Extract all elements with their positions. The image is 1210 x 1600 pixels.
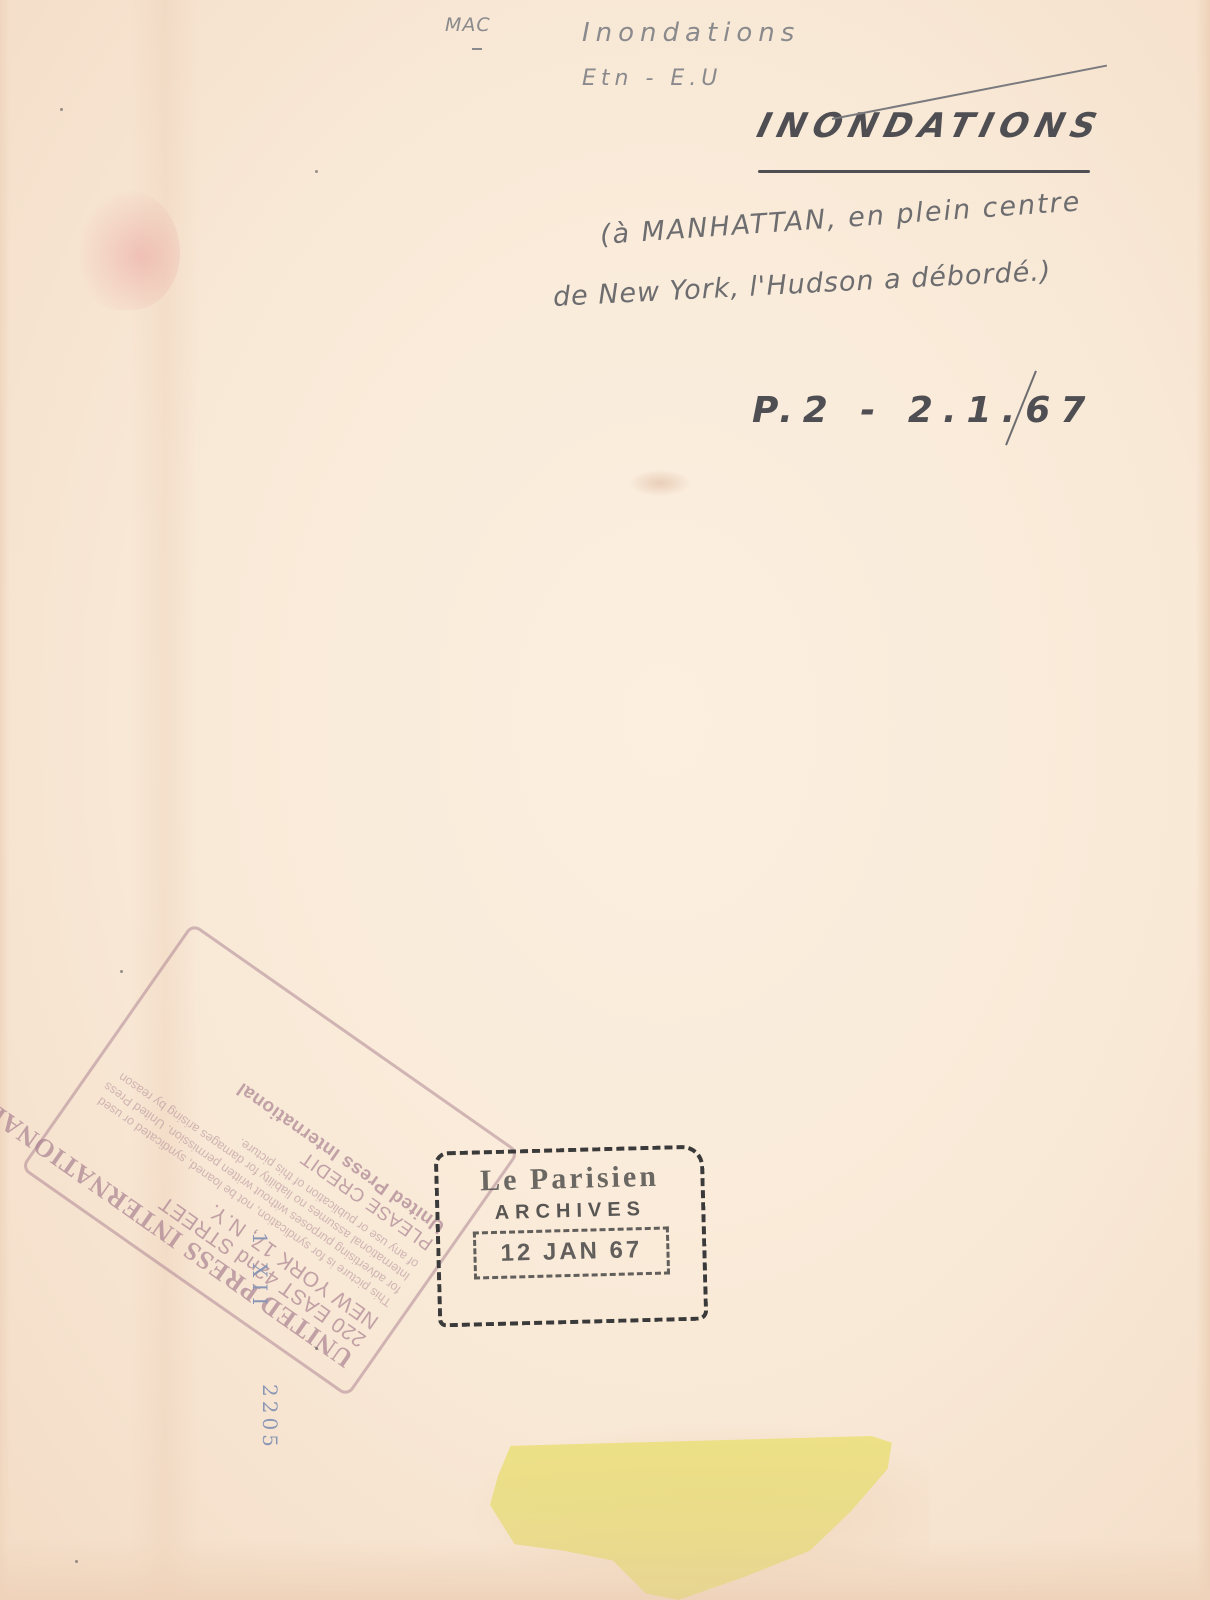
paper-edge-right [1196,0,1210,1600]
dust-speck [60,108,63,111]
heading-underline [758,170,1090,173]
dust-speck [315,1347,318,1350]
topic-note: Inondations [582,18,800,48]
red-ink-smudge [80,190,180,310]
archive-date: 12 JAN 67 [473,1226,670,1279]
serial-mark: 1 XII [248,1232,272,1311]
dust-speck [315,170,318,173]
dust-speck [75,1560,78,1563]
archive-label: ARCHIVES [439,1197,702,1227]
heading-inondations: INONDATIONS [753,106,1107,146]
archive-code-underline [472,48,482,50]
archive-newspaper: Le Parisien [438,1159,701,1200]
brown-smudge [630,470,690,496]
paper-edge-left [0,0,10,1600]
dust-speck [120,970,123,973]
location-note: Etn - E.U [582,66,722,91]
archive-code-note: MAC [445,14,491,36]
reference-date: P.2 - 2.1.67 [752,390,1095,431]
archive-date-stamp: Le Parisien ARCHIVES 12 JAN 67 [434,1144,709,1327]
serial-number: 2205 [258,1384,282,1451]
